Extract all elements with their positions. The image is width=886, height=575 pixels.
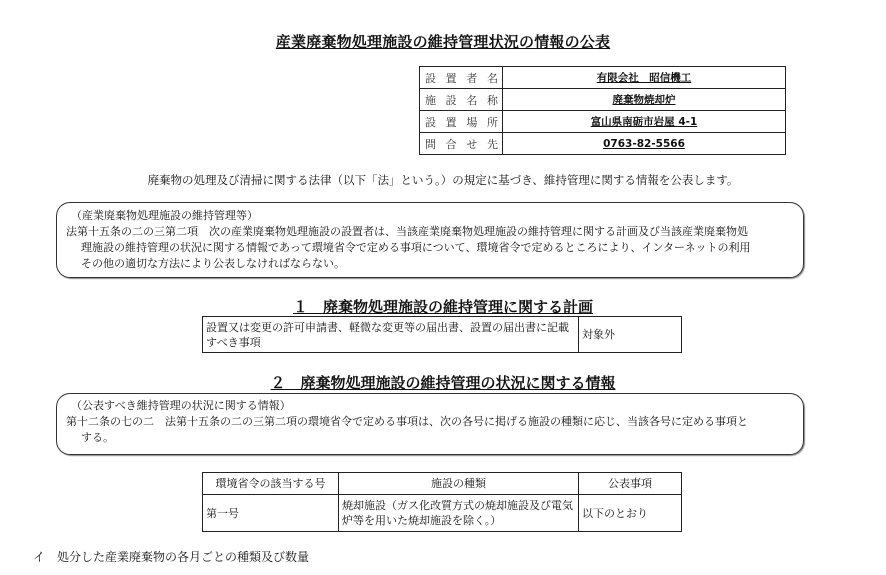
facility-kind-table: 環境省令の該当する号 施設の種類 公表事項 第一号 焼却施設（ガス化改質方式の焼… — [202, 472, 682, 532]
table-row: 設置場所 富山県南砺市岩屋 4-1 — [420, 111, 786, 133]
column-header: 施設の種類 — [339, 473, 579, 495]
table-row: 問合せ先 0763-82-5566 — [420, 133, 786, 155]
table-row: 第一号 焼却施設（ガス化改質方式の焼却施設及び電気炉等を用いた焼却施設を除く。）… — [203, 495, 682, 532]
page-title: 産業廃棄物処理施設の維持管理状況の情報の公表 — [0, 31, 886, 52]
law-box-text: 法第十五条の二の三第二項 次の産業廃棄物処理施設の設置者は、当該産業廃棄物処理施… — [66, 224, 803, 240]
table-row: 設置者名 有限会社 昭信機工 — [420, 67, 786, 89]
table-header-row: 環境省令の該当する号 施設の種類 公表事項 — [203, 473, 682, 495]
law-box-text: する。 — [67, 430, 803, 446]
label-location: 設置場所 — [420, 111, 503, 133]
table-cell: 第一号 — [203, 495, 339, 532]
installer-name-value: 有限会社 昭信機工 — [503, 67, 786, 89]
law-box-text: 理施設の維持管理の状況に関する情報であって環境省令で定める事項について、環境省令… — [67, 240, 803, 256]
law-quote-box-2: （公表すべき維持管理の状況に関する情報） 第十二条の七の二 法第十五条の二の三第… — [56, 393, 804, 455]
table-cell: 焼却施設（ガス化改質方式の焼却施設及び電気炉等を用いた焼却施設を除く。） — [339, 495, 579, 532]
column-header: 環境省令の該当する号 — [203, 473, 339, 495]
maintenance-plan-table: 設置又は変更の許可申請書、軽微な変更等の届出書、設置の届出書に記載すべき事項 対… — [202, 316, 682, 353]
law-quote-box-1: （産業廃棄物処理施設の維持管理等） 法第十五条の二の三第二項 次の産業廃棄物処理… — [56, 202, 804, 278]
plan-answer-cell: 対象外 — [579, 317, 682, 353]
label-facility-name: 施設名称 — [420, 89, 503, 111]
column-header: 公表事項 — [579, 473, 682, 495]
facility-info-table: 設置者名 有限会社 昭信機工 施設名称 廃棄物焼却炉 設置場所 富山県南砺市岩屋… — [419, 66, 786, 155]
location-value: 富山県南砺市岩屋 4-1 — [503, 111, 786, 133]
item-i-heading: イ 処分した産業廃棄物の各月ごとの種類及び数量 — [33, 548, 309, 565]
law-box-heading: （公表すべき維持管理の状況に関する情報） — [67, 398, 803, 414]
law-box-text: 第十二条の七の二 法第十五条の二の三第二項の環境省令で定める事項は、次の各号に掲… — [66, 414, 803, 430]
label-installer-name: 設置者名 — [420, 67, 503, 89]
facility-name-value: 廃棄物焼却炉 — [503, 89, 786, 111]
contact-phone-value: 0763-82-5566 — [503, 133, 786, 155]
label-contact: 問合せ先 — [420, 133, 503, 155]
section-2-heading: ２ 廃棄物処理施設の維持管理の状況に関する情報 — [0, 372, 886, 393]
section-1-heading: １ 廃棄物処理施設の維持管理に関する計画 — [0, 296, 886, 317]
law-box-text: その他の適切な方法により公表しなければならない。 — [67, 256, 803, 272]
plan-question-cell: 設置又は変更の許可申請書、軽微な変更等の届出書、設置の届出書に記載すべき事項 — [203, 317, 579, 353]
intro-text: 廃棄物の処理及び清掃に関する法律（以下「法」という。）の規定に基づき、維持管理に… — [0, 172, 886, 188]
table-cell: 以下のとおり — [579, 495, 682, 532]
table-row: 施設名称 廃棄物焼却炉 — [420, 89, 786, 111]
table-row: 設置又は変更の許可申請書、軽微な変更等の届出書、設置の届出書に記載すべき事項 対… — [203, 317, 682, 353]
law-box-heading: （産業廃棄物処理施設の維持管理等） — [67, 208, 803, 224]
